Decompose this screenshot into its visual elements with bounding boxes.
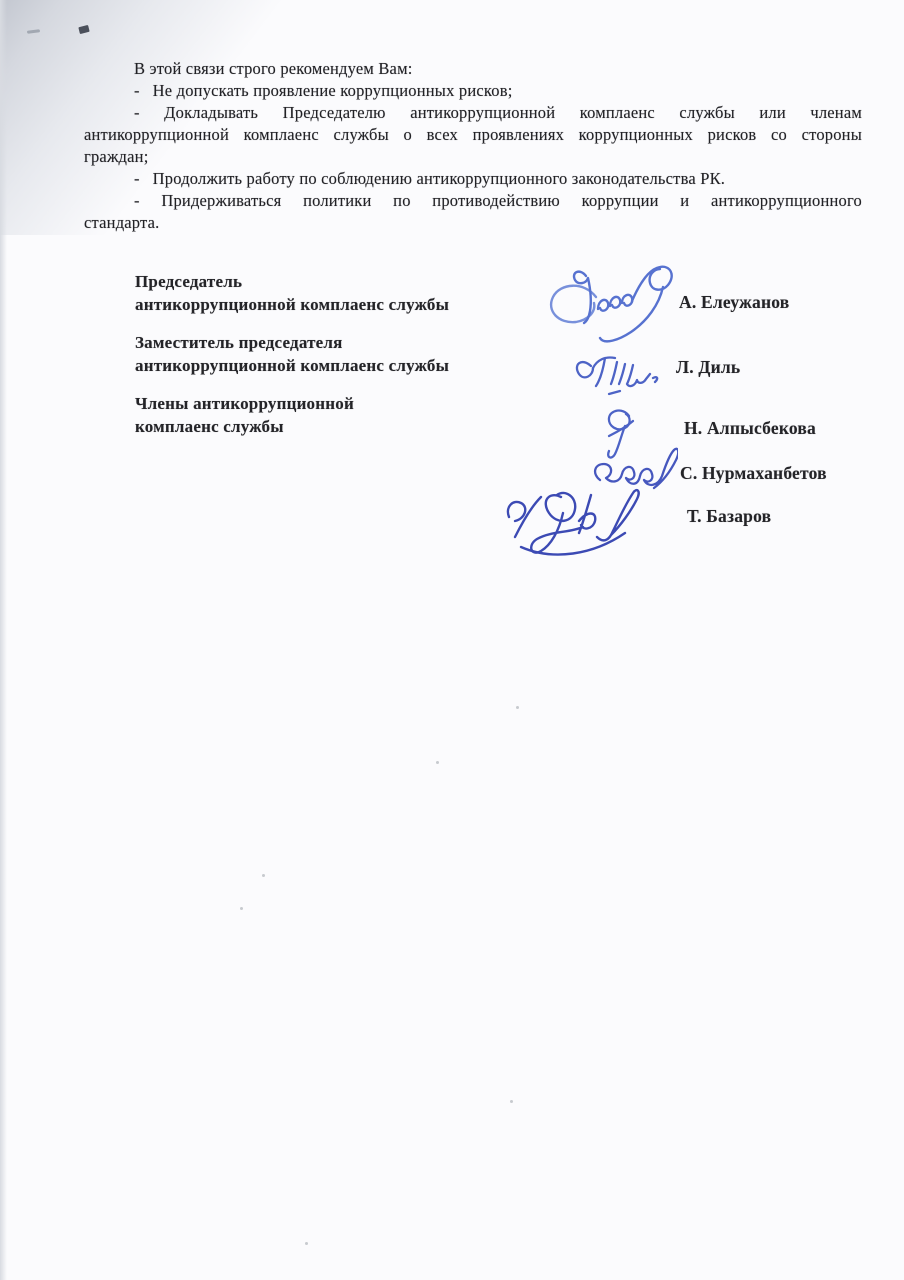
dust-speck xyxy=(516,706,519,709)
role-line: антикоррупционной комплаенс службы xyxy=(135,355,465,378)
alpysbekova-signature-icon xyxy=(599,404,643,462)
role-title-members: Члены антикоррупционной комплаенс службы xyxy=(135,393,465,438)
body-line: граждан; xyxy=(84,146,862,168)
body-line: - Придерживаться политики по противодейс… xyxy=(84,190,862,212)
body-line: - Докладывать Председателю антикоррупцио… xyxy=(84,102,862,124)
signer-name: Л. Диль xyxy=(676,357,740,378)
bazarov-signature-icon xyxy=(497,481,653,569)
role-line: Председатель xyxy=(135,271,465,294)
eleuzhanov-signature-icon xyxy=(542,259,690,353)
body-line: - Продолжить работу по соблюдению антико… xyxy=(84,168,862,190)
role-title-deputy-chairman: Заместитель председателя антикоррупционн… xyxy=(135,332,465,377)
role-line: Члены антикоррупционной xyxy=(135,393,465,416)
body-paragraph: В этой связи строго рекомендуем Вам: - Н… xyxy=(84,58,862,234)
body-line: - Не допускать проявление коррупционных … xyxy=(84,80,862,102)
nurmakhanbetov-signature-icon xyxy=(590,446,678,498)
dil-signature-icon xyxy=(571,348,665,398)
pen-mark xyxy=(78,25,89,34)
signer-name: А. Елеужанов xyxy=(679,292,789,313)
signer-name: С. Нурмаханбетов xyxy=(680,463,827,484)
dust-speck xyxy=(510,1100,513,1103)
role-line: антикоррупционной комплаенс службы xyxy=(135,294,465,317)
dust-speck xyxy=(436,761,439,764)
scan-left-edge-shadow xyxy=(0,0,7,1280)
role-title-chairman: Председатель антикоррупционной комплаенс… xyxy=(135,271,465,316)
dust-speck xyxy=(305,1242,308,1245)
role-line: Заместитель председателя xyxy=(135,332,465,355)
dust-speck xyxy=(240,907,243,910)
pen-mark xyxy=(27,29,40,34)
body-line: В этой связи строго рекомендуем Вам: xyxy=(84,58,862,80)
signer-name: Н. Алпысбекова xyxy=(684,418,816,439)
body-line: антикоррупционной комплаенс службы о все… xyxy=(84,124,862,146)
signer-name: Т. Базаров xyxy=(687,506,771,527)
body-line: стандарта. xyxy=(84,212,862,234)
dust-speck xyxy=(262,874,265,877)
document-page: В этой связи строго рекомендуем Вам: - Н… xyxy=(0,0,904,1280)
role-line: комплаенс службы xyxy=(135,416,465,439)
